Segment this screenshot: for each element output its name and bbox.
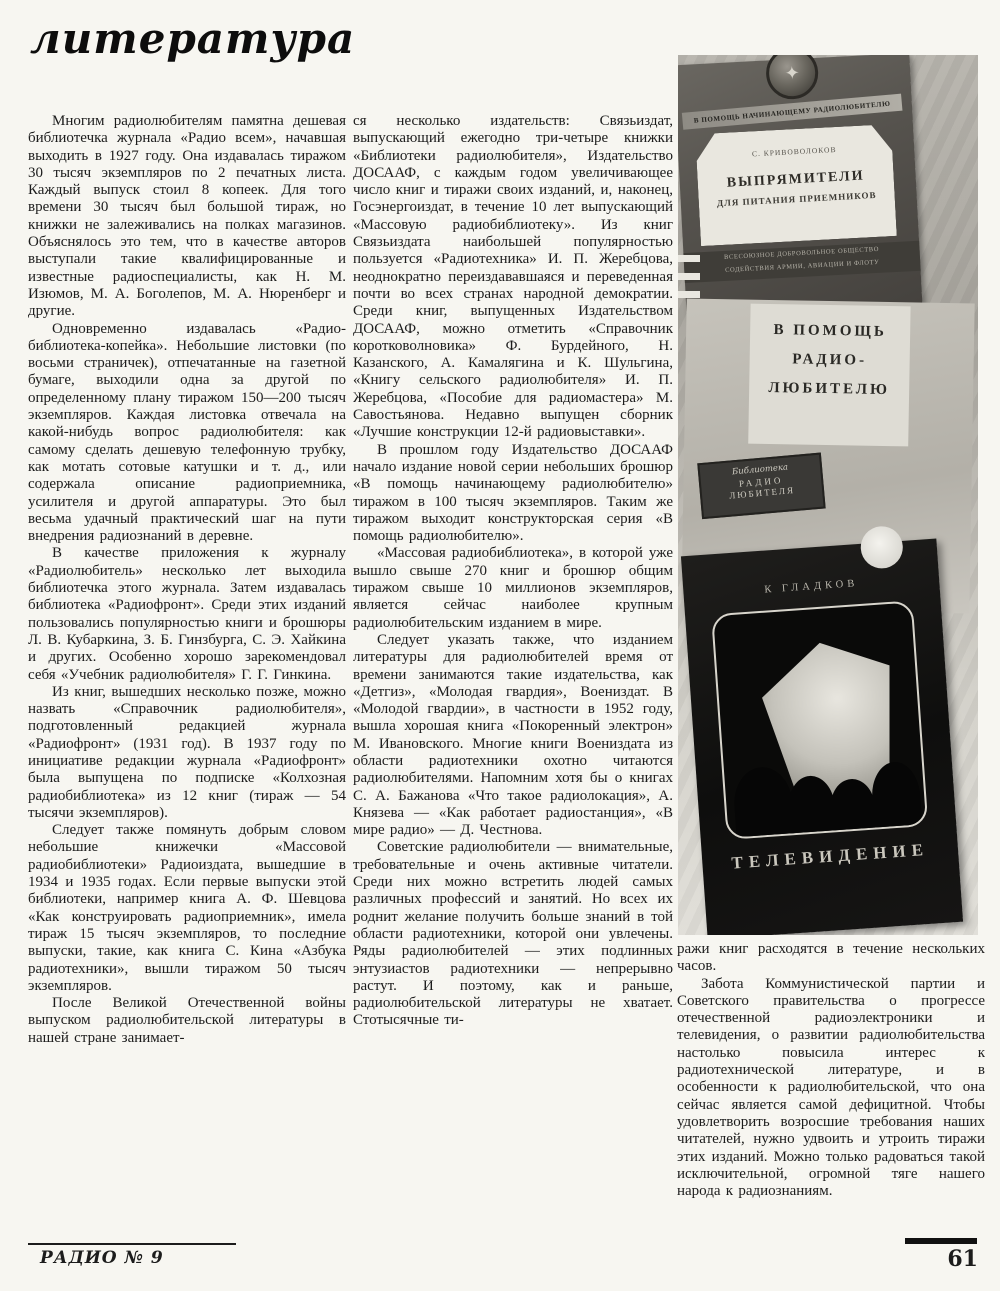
publisher-band: ВСЕСОЮЗНОЕ ДОБРОВОЛЬНОЕ ОБЩЕСТВО СОДЕЙСТ… bbox=[683, 241, 920, 283]
spine-mark bbox=[678, 273, 700, 280]
silhouette-head bbox=[870, 760, 923, 833]
cover-title-panel: В ПОМОЩЬ РАДИО- ЛЮБИТЕЛЮ bbox=[748, 304, 910, 447]
paragraph: Советские радиолюбители — внимательные, … bbox=[353, 839, 673, 1029]
paragraph: Из книг, вышедших несколько позже, можно… bbox=[28, 684, 346, 822]
cover-title-line: В ПОМОЩЬ bbox=[750, 322, 910, 342]
cover-title-panel: С. КРИВОВОЛОКОВ ВЫПРЯМИТЕЛИ ДЛЯ ПИТАНИЯ … bbox=[695, 124, 897, 246]
paragraph: Забота Коммунистической партии и Советск… bbox=[677, 976, 985, 1201]
paragraph: Следует указать также, что изданием лите… bbox=[353, 632, 673, 840]
screen-frame bbox=[711, 600, 928, 840]
cover-title-line: ДЛЯ ПИТАНИЯ ПРИЕМНИКОВ bbox=[699, 189, 895, 209]
cover-title-line: РАДИО- bbox=[750, 351, 910, 371]
paragraph: В прошлом году Издательство ДОСААФ начал… bbox=[353, 442, 673, 546]
paragraph: Многим радиолюбителям памятна дешевая би… bbox=[28, 113, 346, 321]
book-covers-photo: ✦ В ПОМОЩЬ НАЧИНАЮЩЕМУ РАДИОЛЮБИТЕЛЮ С. … bbox=[678, 55, 978, 935]
dosaaf-emblem-icon: ✦ bbox=[765, 55, 820, 100]
paragraph: ражи книг расходятся в течение нескольки… bbox=[677, 941, 985, 976]
book-cover-television: К ГЛАДКОВ ТЕЛЕВИДЕНИЕ bbox=[681, 539, 963, 935]
page-number: 61 bbox=[938, 1246, 978, 1272]
text-column-right: ражи книг расходятся в течение нескольки… bbox=[677, 941, 985, 1241]
paragraph: «Массовая радиобиблиотека», в которой уж… bbox=[353, 545, 673, 631]
journal-footer-label: РАДИО № 9 bbox=[40, 1248, 164, 1268]
paragraph: ся несколько издательств: Связьиздат, вы… bbox=[353, 113, 673, 442]
library-label: Библиотека РАДИО ЛЮБИТЕЛЯ bbox=[697, 453, 825, 520]
footer-rule bbox=[28, 1243, 236, 1245]
paragraph: В качестве приложения к журналу «Радиолю… bbox=[28, 545, 346, 683]
spine-mark bbox=[678, 291, 700, 298]
page-number-bar bbox=[905, 1238, 977, 1244]
page-title: литература bbox=[30, 14, 355, 63]
cover-author: К ГЛАДКОВ bbox=[683, 572, 939, 601]
paragraph: Следует также помянуть добрым словом неб… bbox=[28, 822, 346, 995]
text-column-middle: ся несколько издательств: Связьиздат, вы… bbox=[353, 113, 673, 1258]
paragraph: После Великой Отечественной войны выпуск… bbox=[28, 995, 346, 1047]
cover-author: С. КРИВОВОЛОКОВ bbox=[696, 142, 892, 161]
paragraph: Одновременно издавалась «Радио-библиотек… bbox=[28, 321, 346, 546]
cover-title: ТЕЛЕВИДЕНИЕ bbox=[702, 838, 959, 876]
book-cover-rectifiers: ✦ В ПОМОЩЬ НАЧИНАЮЩЕМУ РАДИОЛЮБИТЕЛЮ С. … bbox=[678, 55, 922, 317]
cover-title-line: ЛЮБИТЕЛЮ bbox=[749, 380, 909, 400]
spine-mark bbox=[678, 255, 700, 262]
cover-title-line: ВЫПРЯМИТЕЛИ bbox=[697, 167, 894, 193]
text-column-left: Многим радиолюбителям памятна дешевая би… bbox=[28, 113, 346, 1258]
silhouette-head bbox=[732, 765, 795, 840]
